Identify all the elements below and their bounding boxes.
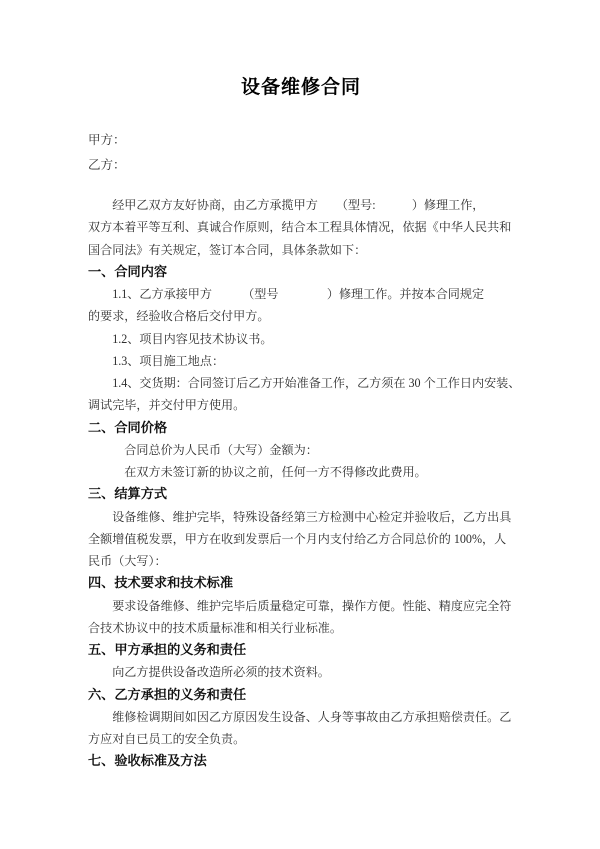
clause-6-party-b-duty: 维修检调期间如因乙方原因发生设备、人身等事故由乙方承担赔偿责任。乙 方应对自已员…	[88, 706, 514, 751]
clause-1-2: 1.2、项目内容见技术协议书。	[88, 328, 514, 350]
clause-3-settlement: 设备维修、维护完毕，特殊设备经第三方检测中心检定并验收后，乙方出具 全额增值税发…	[88, 506, 514, 573]
clause-2-total-price: 合同总价为人民币（大写）金额为：	[88, 439, 514, 461]
contract-page: 设备维修合同 甲方： 乙方： 经甲乙双方友好协商，由乙方承揽甲方 （型号: ）修…	[0, 0, 600, 849]
party-b-line: 乙方：	[88, 153, 514, 178]
doc-title: 设备维修合同	[88, 75, 514, 101]
section-4-heading: 四、技术要求和技术标准	[88, 572, 514, 594]
section-6-heading: 六、乙方承担的义务和责任	[88, 684, 514, 706]
clause-5-party-a-duty: 向乙方提供设备改造所必须的技术资料。	[88, 661, 514, 683]
section-5-heading: 五、甲方承担的义务和责任	[88, 639, 514, 661]
clause-2-no-change: 在双方未签订新的协议之前，任何一方不得修改此费用。	[88, 461, 514, 483]
clause-4-quality: 要求设备维修、维护完毕后质量稳定可靠，操作方便。性能、精度应完全符 合技术协议中…	[88, 595, 514, 640]
clause-1-3: 1.3、项目施工地点：	[88, 350, 514, 372]
section-2-heading: 二、合同价格	[88, 417, 514, 439]
party-a-line: 甲方：	[88, 128, 514, 153]
contract-content: 设备维修合同 甲方： 乙方： 经甲乙双方友好协商，由乙方承揽甲方 （型号: ）修…	[0, 0, 600, 773]
parties-block: 甲方： 乙方：	[88, 128, 514, 178]
clause-1-1: 1.1、乙方承接甲方 （型号 ）修理工作。并按本合同规定 的要求，经验收合格后交…	[88, 283, 514, 328]
clause-1-4: 1.4、交货期：合同签订后乙方开始准备工作，乙方须在 30 个工作日内安装、 调…	[88, 372, 514, 417]
contract-body: 经甲乙双方友好协商，由乙方承揽甲方 （型号: ）修理工作， 双方本着平等互利、真…	[88, 194, 514, 773]
section-3-heading: 三、结算方式	[88, 483, 514, 505]
intro-paragraph: 经甲乙双方友好协商，由乙方承揽甲方 （型号: ）修理工作， 双方本着平等互利、真…	[88, 194, 514, 261]
section-7-heading: 七、验收标准及方法	[88, 750, 514, 772]
section-1-heading: 一、合同内容	[88, 261, 514, 283]
